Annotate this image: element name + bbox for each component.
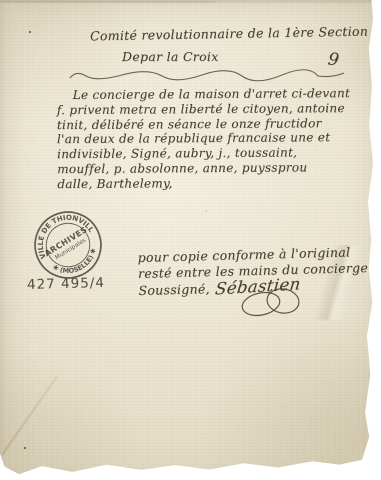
ink-specks [29,31,31,33]
wavy-underline [66,66,354,84]
horizontal-fold-crease-top [0,0,381,3]
signature-prefix: Soussigné, [138,281,210,298]
header-subtitle: Depar la Croix [122,49,219,64]
body-line: f. privent metra en liberté le citoyen, … [57,101,371,118]
archive-reference-number: 427 495/4 [27,275,105,293]
header-title: Comité revolutionnaire de la 1ère Sectio… [90,24,368,44]
horizontal-fold-crease-middle [0,0,215,3]
body-paragraph: Le concierge de la maison d'arret ci-dev… [57,86,372,192]
body-line: dalle, Barthelemy, [57,175,371,192]
diagonal-crease-bottom-left [1,376,58,456]
body-line: l'an deux de la république francaise une… [57,130,371,147]
signature-paraph [237,286,309,320]
manuscript-paper: Comité revolutionnaire de la 1ère Sectio… [0,0,381,480]
